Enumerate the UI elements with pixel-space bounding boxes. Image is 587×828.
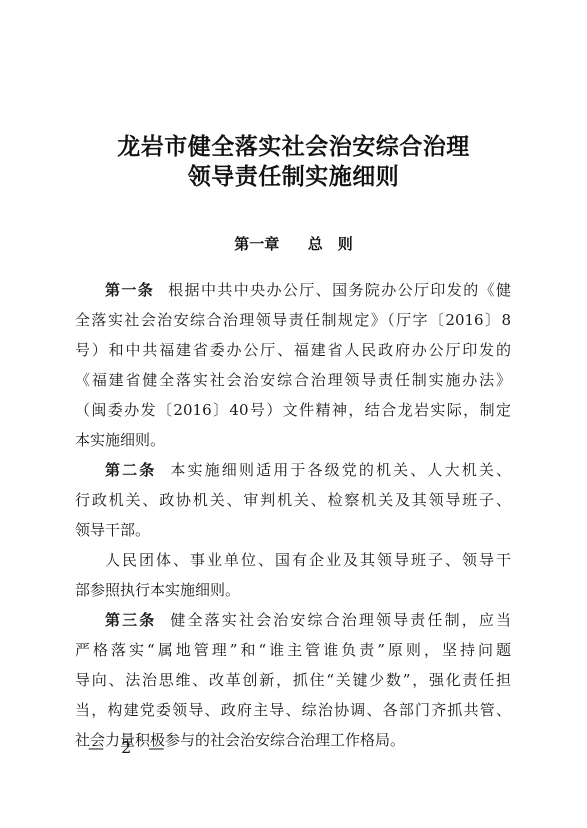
page-number: — 2 — [88, 738, 170, 757]
paragraph-line: 号）和中共福建省委办公厅、福建省人民政府办公厅印发的 [75, 335, 511, 365]
document-title-line-2: 领导责任制实施细则 [0, 158, 587, 191]
article-label: 第二条 [105, 461, 156, 479]
paragraph-line: 本实施细则。 [75, 425, 511, 455]
document-body: 第一条根据中共中央办公厅、国务院办公厅印发的《健 全落实社会治安综合治理领导责任… [75, 275, 511, 755]
paragraph-line: 导向、法治思维、改革创新，抓住“关键少数”，强化责任担 [75, 665, 511, 695]
chapter-heading: 第一章 总 则 [0, 233, 587, 254]
article-label: 第一条 [105, 281, 154, 299]
text-line: 根据中共中央办公厅、国务院办公厅印发的《健 [168, 281, 511, 299]
paragraph-line: 当，构建党委领导、政府主导、综治协调、各部门齐抓共管、 [75, 695, 511, 725]
paragraph-line: 第二条本实施细则适用于各级党的机关、人大机关、 [75, 455, 511, 485]
document-page: 龙岩市健全落实社会治安综合治理 领导责任制实施细则 第一章 总 则 第一条根据中… [0, 0, 587, 828]
document-title-line-1: 龙岩市健全落实社会治安综合治理 [0, 128, 587, 161]
paragraph-line: 部参照执行本实施细则。 [75, 575, 511, 605]
chapter-name: 总 则 [308, 233, 353, 254]
paragraph-line: 第三条健全落实社会治安综合治理领导责任制，应当 [75, 605, 511, 635]
article-1: 第一条根据中共中央办公厅、国务院办公厅印发的《健 全落实社会治安综合治理领导责任… [75, 275, 511, 455]
paragraph-line: 严格落实“属地管理”和“谁主管谁负责”原则，坚持问题 [75, 635, 511, 665]
text-line: 健全落实社会治安综合治理领导责任制，应当 [170, 611, 511, 629]
paragraph-line: 人民团体、事业单位、国有企业及其领导班子、领导干 [75, 545, 511, 575]
article-label: 第三条 [105, 611, 156, 629]
chapter-number: 第一章 [234, 233, 279, 254]
text-line: 本实施细则适用于各级党的机关、人大机关、 [170, 461, 511, 479]
paragraph-line: （闽委办发〔2016〕40号）文件精神，结合龙岩实际，制定 [75, 395, 511, 425]
paragraph-line: 全落实社会治安综合治理领导责任制规定》（厅字〔2016〕8 [75, 305, 511, 335]
paragraph-line: 第一条根据中共中央办公厅、国务院办公厅印发的《健 [75, 275, 511, 305]
article-3: 第三条健全落实社会治安综合治理领导责任制，应当 严格落实“属地管理”和“谁主管谁… [75, 605, 511, 755]
paragraph-line: 《福建省健全落实社会治安综合治理领导责任制实施办法》 [75, 365, 511, 395]
paragraph-line: 行政机关、政协机关、审判机关、检察机关及其领导班子、 [75, 485, 511, 515]
paragraph-line: 领导干部。 [75, 515, 511, 545]
article-2: 第二条本实施细则适用于各级党的机关、人大机关、 行政机关、政协机关、审判机关、检… [75, 455, 511, 605]
